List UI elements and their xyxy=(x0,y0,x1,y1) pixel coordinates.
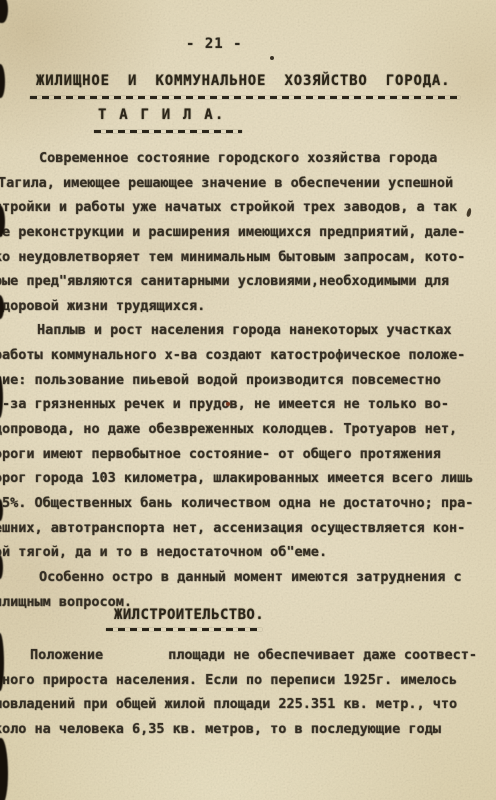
paragraph: Положение площади не обеспечивает даже с… xyxy=(2,643,496,742)
text-line: Особенно остро в данный момент имеются з… xyxy=(2,565,496,590)
text-line: чешних, автотранспорта нет, ассенизация … xyxy=(0,516,496,541)
heading-underline xyxy=(94,130,242,133)
text-line: же реконструкции и расширения имеющихся … xyxy=(0,220,496,245)
heading-underline xyxy=(30,96,460,99)
city-heading: Т А Г И Л А. xyxy=(98,107,226,123)
text-line: дорог города 103 километра, шлакированны… xyxy=(0,466,496,491)
text-line: домовладений при общей жилой площади 225… xyxy=(0,692,496,717)
document-page: - 21 - ЖИЛИЩНОЕ И КОММУНАЛЬНОЕ ХОЗЯЙСТВО… xyxy=(0,0,496,800)
text-line: работы коммунального х-ва создают катост… xyxy=(0,343,496,368)
paragraph: Современное состояние городского хозяйст… xyxy=(2,146,496,318)
text-line: Наплыв и рост населения города нанекотор… xyxy=(2,318,496,343)
body-text: Современное состояние городского хозяйст… xyxy=(2,146,496,614)
text-line: Тагила, имеющее решающее значение в обес… xyxy=(0,171,496,196)
paper-tear-mark xyxy=(0,0,8,23)
text-line: около на человека 6,35 кв. метров, то в … xyxy=(0,717,496,742)
text-line: здоровой жизни трудящихся. xyxy=(0,294,496,319)
text-line: допровода, но даже обезвреженных колодце… xyxy=(0,417,496,442)
paragraph: Наплыв и рост населения города нанекотор… xyxy=(2,318,496,564)
section-heading: ЖИЛИЩНОЕ И КОММУНАЛЬНОЕ ХОЗЯЙСТВО ГОРОДА… xyxy=(36,73,450,89)
heading-underline xyxy=(106,628,262,631)
paper-tear-mark xyxy=(0,64,5,98)
text-line: дороги имеют первобытное состояние- от о… xyxy=(0,442,496,467)
text-line: ко неудовлетворяет тем минимальным бытов… xyxy=(0,245,496,270)
text-line: рые пред"являются санитарными условиями,… xyxy=(0,269,496,294)
text-line: стройки и работы уже начатых стройкой тр… xyxy=(0,195,496,220)
housing-heading: ЖИЛСТРОИТЕЛЬСТВО. xyxy=(114,607,264,623)
page-number: - 21 - xyxy=(186,36,243,52)
text-line: венного прироста населения. Если по пере… xyxy=(0,668,496,693)
text-line: 15%. Общественных бань количеством одна … xyxy=(0,491,496,516)
text-line: ной тягой, да и то в недостаточном об"ем… xyxy=(0,540,496,565)
text-line: из-за грязненных речек и прудов, не имее… xyxy=(0,392,496,417)
ink-speck xyxy=(270,56,274,60)
paper-tear-mark xyxy=(0,738,8,800)
text-line: ние: пользование пиьевой водой производи… xyxy=(0,368,496,393)
text-line: Положение площади не обеспечивает даже с… xyxy=(2,643,496,668)
text-line: Современное состояние городского хозяйст… xyxy=(2,146,496,171)
